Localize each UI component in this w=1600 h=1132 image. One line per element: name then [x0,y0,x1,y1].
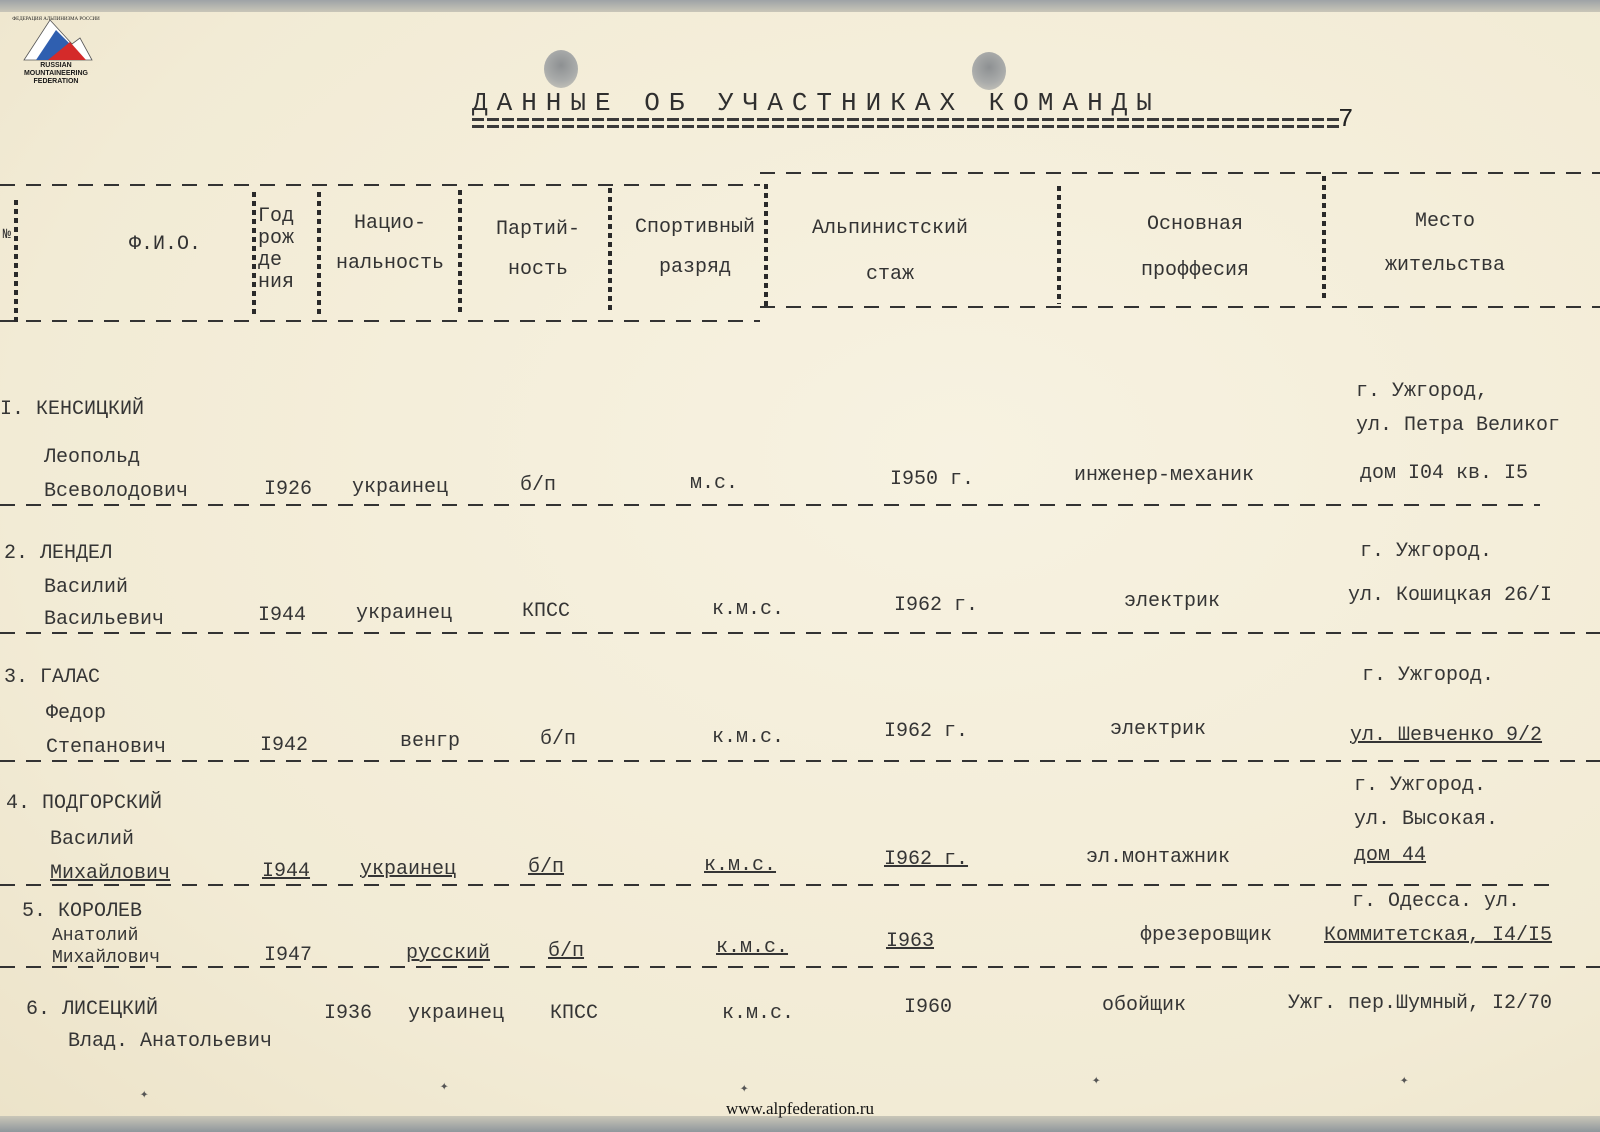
row-birth-year: I926 [264,478,312,502]
header-residence: Место жительства [1340,200,1550,288]
row-climbing-exp: I962 г. [884,848,968,872]
punch-hole-right [972,52,1006,90]
row-nationality: украинец [360,858,456,882]
row-profession: эл.монтажник [1086,846,1230,870]
row-patronymic: Всеволодович [44,480,188,504]
row-residence-line-2: ул. Кошицкая 26/I [1348,584,1552,608]
row-party: КПСС [550,1002,598,1026]
row-birth-year: I942 [260,734,308,758]
row-climbing-exp: I960 [904,996,952,1020]
row-patronymic: Степанович [46,736,166,760]
scan-top-edge [0,0,1600,12]
col-divider-name [252,192,256,316]
row-first-name: Влад. Анатольевич [68,1030,272,1054]
row-nationality: русский [406,942,490,966]
col-divider-year [317,192,321,316]
mountain-flag-icon: ФЕДЕРАЦИЯ АЛЬПИНИЗМА РОССИИ [10,14,102,64]
pin-mark-icon: ✦ [1092,1074,1106,1088]
title-double-underline [472,118,1342,132]
row-residence-line-1: г. Ужгород. [1360,540,1492,564]
row-residence-line-3: дом I04 кв. I5 [1360,462,1528,486]
row-sport-rank: к.м.с. [722,1002,794,1026]
pin-mark-icon: ✦ [440,1080,454,1094]
row-surname: 4. ПОДГОРСКИЙ [6,792,162,816]
row-separator-1 [0,504,1540,506]
row-residence-line-2: ул. Шевченко 9/2 [1350,724,1542,748]
row-surname: 2. ЛЕНДЕЛ [4,542,112,566]
col-divider-party [608,188,612,314]
row-separator-5 [0,966,1600,968]
document-paper [0,12,1600,1116]
header-sport-rank: Спортивный разряд [620,208,770,288]
row-residence-line-1: г. Ужгород. [1362,664,1494,688]
pin-mark-icon: ✦ [1400,1074,1414,1088]
row-sport-rank: к.м.с. [704,854,776,878]
row-climbing-exp: I950 г. [890,468,974,492]
row-birth-year: I936 [324,1002,372,1026]
row-separator-2 [0,632,1600,634]
row-surname: I. КЕНСИЦКИЙ [0,398,144,422]
row-first-name: Леопольд [44,446,140,470]
col-divider-profession [1322,176,1326,300]
row-party: КПСС [522,600,570,624]
row-birth-year: I947 [264,944,312,968]
row-party: б/п [520,474,556,498]
row-sport-rank: м.с. [690,472,738,496]
row-birth-year: I944 [258,604,306,628]
row-birth-year: I944 [262,860,310,884]
row-surname: 5. КОРОЛЕВ [22,900,142,924]
row-separator-3 [0,760,1600,762]
row-sport-rank: к.м.с. [716,936,788,960]
header-num: № [0,222,14,248]
row-profession: инженер-механик [1074,464,1254,488]
logo-line-1: RUSSIAN [10,62,102,70]
header-birth-year: Год рож де ния [258,206,314,294]
header-party: Партий- ность [470,210,606,290]
row-residence-line-3: дом 44 [1354,844,1426,868]
row-first-name: Федор [46,702,106,726]
logo-caption: RUSSIAN MOUNTAINEERING FEDERATION [10,62,102,86]
header-top-rule-right [760,172,1600,174]
row-surname: 6. ЛИСЕЦКИЙ [26,998,158,1022]
row-sport-rank: к.м.с. [712,726,784,750]
row-nationality: венгр [400,730,460,754]
row-climbing-exp: I962 г. [894,594,978,618]
row-nationality: украинец [408,1002,504,1026]
row-residence-line-1: г. Ужгород. [1354,774,1486,798]
col-divider-num [14,200,18,322]
logo-line-3: FEDERATION [10,78,102,86]
row-residence-line-1: г. Одесса. ул. [1352,890,1520,914]
row-residence-line-2: Коммитетская, I4/I5 [1324,924,1552,948]
row-residence-line-2: ул. Высокая. [1354,808,1498,832]
row-first-name: Василий [44,576,128,600]
header-profession: Основная проффесия [1090,202,1300,294]
row-party: б/п [528,856,564,880]
row-residence-line-1: г. Ужгород, [1356,380,1488,404]
row-first-name: Василий [50,828,134,852]
header-name: Ф.И.О. [100,232,230,258]
row-sport-rank: к.м.с. [712,598,784,622]
col-divider-nationality [458,190,462,316]
header-bottom-rule-right [760,306,1600,308]
row-profession: электрик [1110,718,1206,742]
row-profession: электрик [1124,590,1220,614]
svg-text:ФЕДЕРАЦИЯ АЛЬПИНИЗМА РОССИИ: ФЕДЕРАЦИЯ АЛЬПИНИЗМА РОССИИ [12,17,100,22]
row-surname: 3. ГАЛАС [4,666,100,690]
header-bottom-rule-left [0,320,760,322]
header-climbing-exp: Альпинистский стаж [780,206,1000,298]
website-watermark: www.alpfederation.ru [0,1099,1600,1119]
header-nationality: Нацио- нальность [322,204,458,284]
logo-line-2: MOUNTAINEERING [10,70,102,78]
row-first-name: Анатолий [52,924,138,948]
row-profession: фрезеровщик [1140,924,1272,948]
row-nationality: украинец [352,476,448,500]
row-residence-line-2: ул. Петра Великог [1356,414,1560,438]
header-top-rule-left [0,184,760,186]
punch-hole-left [544,50,578,88]
row-patronymic: Михайлович [50,862,170,886]
pin-mark-icon: ✦ [740,1082,754,1096]
row-residence-line-1: Ужг. пер.Шумный, I2/70 [1288,992,1552,1016]
document-title: ДАННЫЕ ОБ УЧАСТНИКАХ КОМАНДЫ [472,88,1161,118]
col-divider-exp [1057,186,1061,304]
row-profession: обойщик [1102,994,1186,1018]
page-number: 7 [1338,104,1354,134]
row-patronymic: Васильевич [44,608,164,632]
row-separator-4 [0,884,1560,886]
row-party: б/п [548,940,584,964]
row-nationality: украинец [356,602,452,626]
rmf-logo: ФЕДЕРАЦИЯ АЛЬПИНИЗМА РОССИИ RUSSIAN MOUN… [10,14,102,84]
row-climbing-exp: I963 [886,930,934,954]
row-climbing-exp: I962 г. [884,720,968,744]
row-patronymic: Михайлович [52,946,160,970]
row-party: б/п [540,728,576,752]
